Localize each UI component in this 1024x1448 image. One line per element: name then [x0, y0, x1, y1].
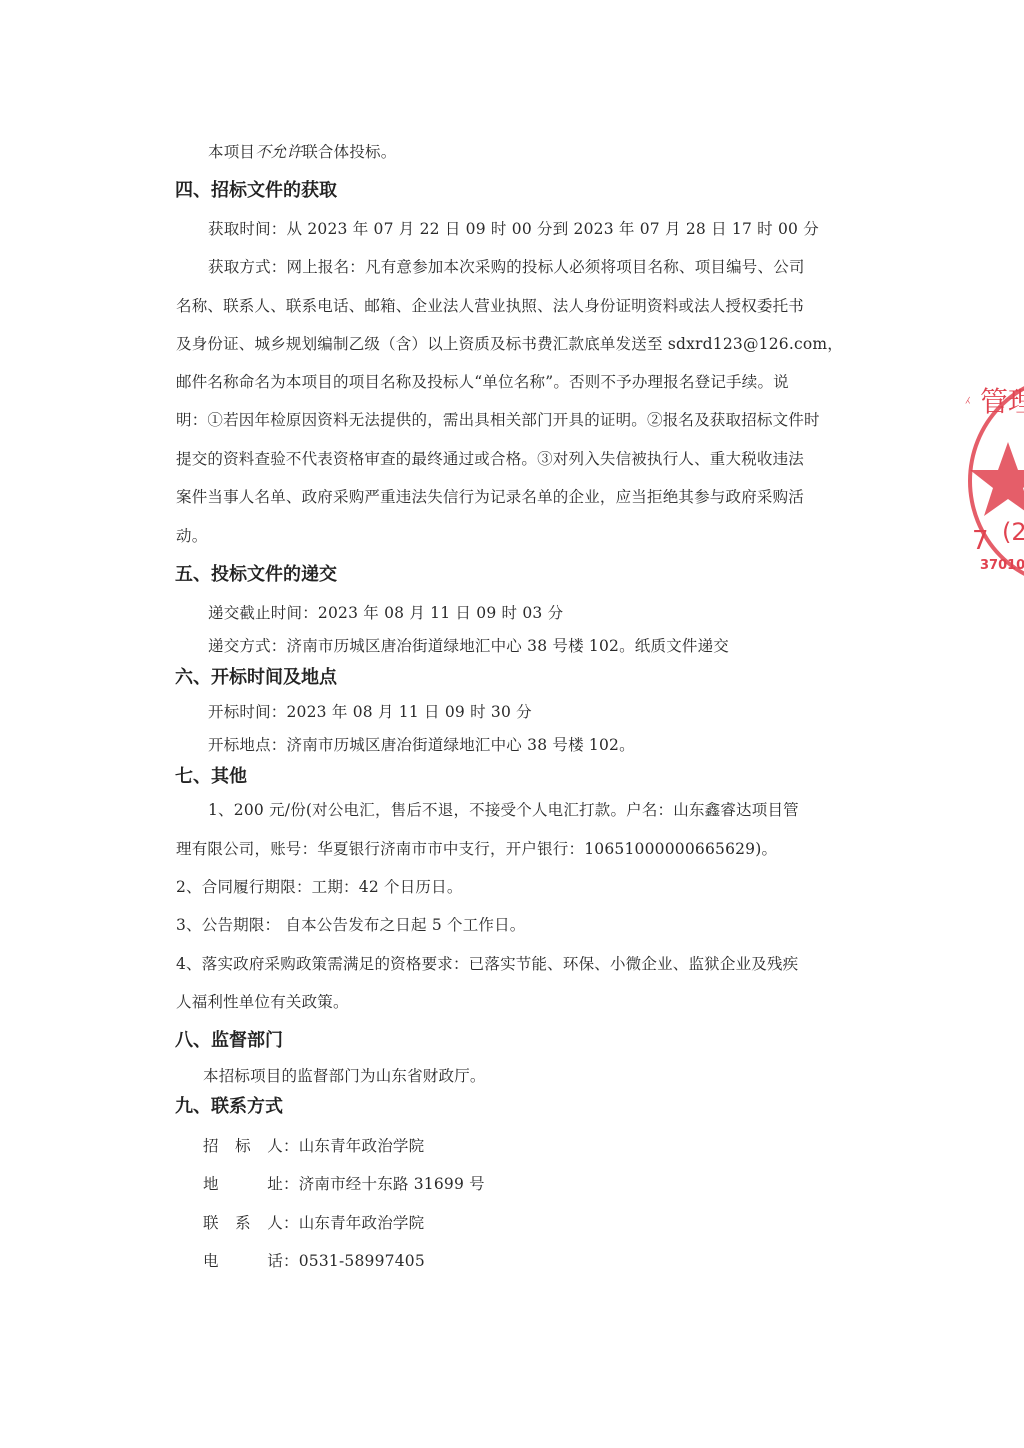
contact-value: ：0531-58997405: [283, 1252, 425, 1270]
s5-deadline: 递交截止时间：2023 年 08 月 11 日 09 时 03 分: [208, 603, 898, 623]
s4-method-line: 名称、联系人、联系电话、邮箱、企业法人营业执照、法人身份证明资料或法人授权委托书: [176, 296, 866, 316]
s7-item: 理有限公司，账号：华夏银行济南市市中支行，开户银行：10651000000665…: [176, 839, 866, 859]
s4-time: 获取时间：从 2023 年 07 月 22 日 09 时 00 分到 2023 …: [208, 219, 898, 239]
seal-top-text: 管理: [980, 380, 1024, 420]
contact-row-phone: 电话：0531-58997405: [203, 1251, 893, 1271]
s4-method-line: 邮件名称命名为本项目的项目名称及投标人“单位名称”。否则不予办理报名登记手续。说: [176, 372, 866, 392]
intro-emphasis: 不允许: [255, 143, 302, 161]
s4-method-line: 明：①若因年检原因资料无法提供的，需出具相关部门开具的证明。②报名及获取招标文件…: [176, 410, 866, 430]
s7-item: 1、200 元/份(对公电汇，售后不退，不接受个人电汇打款。户名：山东鑫睿达项目…: [208, 800, 898, 820]
contact-value: ：山东青年政治学院: [283, 1214, 424, 1232]
intro-prefix: 本项目: [208, 143, 255, 161]
document-page: 本项目不允许联合体投标。 四、招标文件的获取 获取时间：从 2023 年 07 …: [0, 0, 1024, 1448]
seal-edge-char: ⁁: [966, 388, 970, 404]
intro-line: 本项目不允许联合体投标。: [208, 142, 898, 162]
s6-place: 开标地点：济南市历城区唐冶街道绿地汇中心 38 号楼 102。: [208, 735, 898, 755]
contact-value: ：济南市经十东路 31699 号: [283, 1175, 485, 1193]
s5-method: 递交方式：济南市历城区唐冶街道绿地汇中心 38 号楼 102。纸质文件递交: [208, 636, 898, 656]
s4-method-line: 案件当事人名单、政府采购严重违法失信行为记录名单的企业，应当拒绝其参与政府采购活: [176, 487, 866, 507]
contact-row-person: 联系人：山东青年政治学院: [203, 1213, 893, 1233]
section-4-title: 四、招标文件的获取: [175, 180, 337, 202]
s6-time: 开标时间：2023 年 08 月 11 日 09 时 30 分: [208, 702, 898, 722]
s7-item: 人福利性单位有关政策。: [176, 992, 866, 1012]
s7-item: 3、公告期限： 自本公告发布之日起 5 个工作日。: [176, 915, 866, 935]
contact-row-address: 地址：济南市经十东路 31699 号: [203, 1174, 893, 1194]
contact-label: 地址: [203, 1174, 283, 1194]
intro-suffix: 联合体投标。: [302, 143, 396, 161]
s8-text: 本招标项目的监督部门为山东省财政厅。: [203, 1066, 893, 1086]
section-8-title: 八、监督部门: [175, 1030, 283, 1052]
s4-method-line: 动。: [176, 526, 866, 546]
contact-label: 招标人: [203, 1136, 283, 1156]
s4-method-line: 获取方式：网上报名：凡有意参加本次采购的投标人必须将项目名称、项目编号、公司: [208, 257, 866, 277]
seal-code: 37010: [980, 558, 1024, 573]
section-7-title: 七、其他: [175, 766, 247, 788]
s4-method-line: 提交的资料查验不代表资格审查的最终通过或合格。③对列入失信被执行人、重大税收违法: [176, 449, 866, 469]
contact-row-tenderer: 招标人：山东青年政治学院: [203, 1136, 893, 1156]
contact-value: ：山东青年政治学院: [283, 1137, 424, 1155]
s7-item: 2、合同履行期限：工期：42 个日历日。: [176, 877, 866, 897]
section-9-title: 九、联系方式: [175, 1096, 283, 1118]
s4-method-line: 及身份证、城乡规划编制乙级（含）以上资质及标书费汇款底单发送至 sdxrd123…: [176, 334, 866, 354]
contact-label: 电话: [203, 1251, 283, 1271]
seal-star-icon: [968, 440, 1024, 520]
s7-item: 4、落实政府采购政策需满足的资格要求：已落实节能、环保、小微企业、监狱企业及残疾: [176, 954, 866, 974]
contact-label: 联系人: [203, 1213, 283, 1233]
company-seal-stamp: ⁁ 管理 7 (2 37010: [960, 368, 1024, 588]
section-6-title: 六、开标时间及地点: [175, 667, 337, 689]
section-5-title: 五、投标文件的递交: [175, 564, 337, 586]
seal-digit: 7: [972, 526, 989, 556]
seal-paren: (2: [1002, 518, 1024, 546]
